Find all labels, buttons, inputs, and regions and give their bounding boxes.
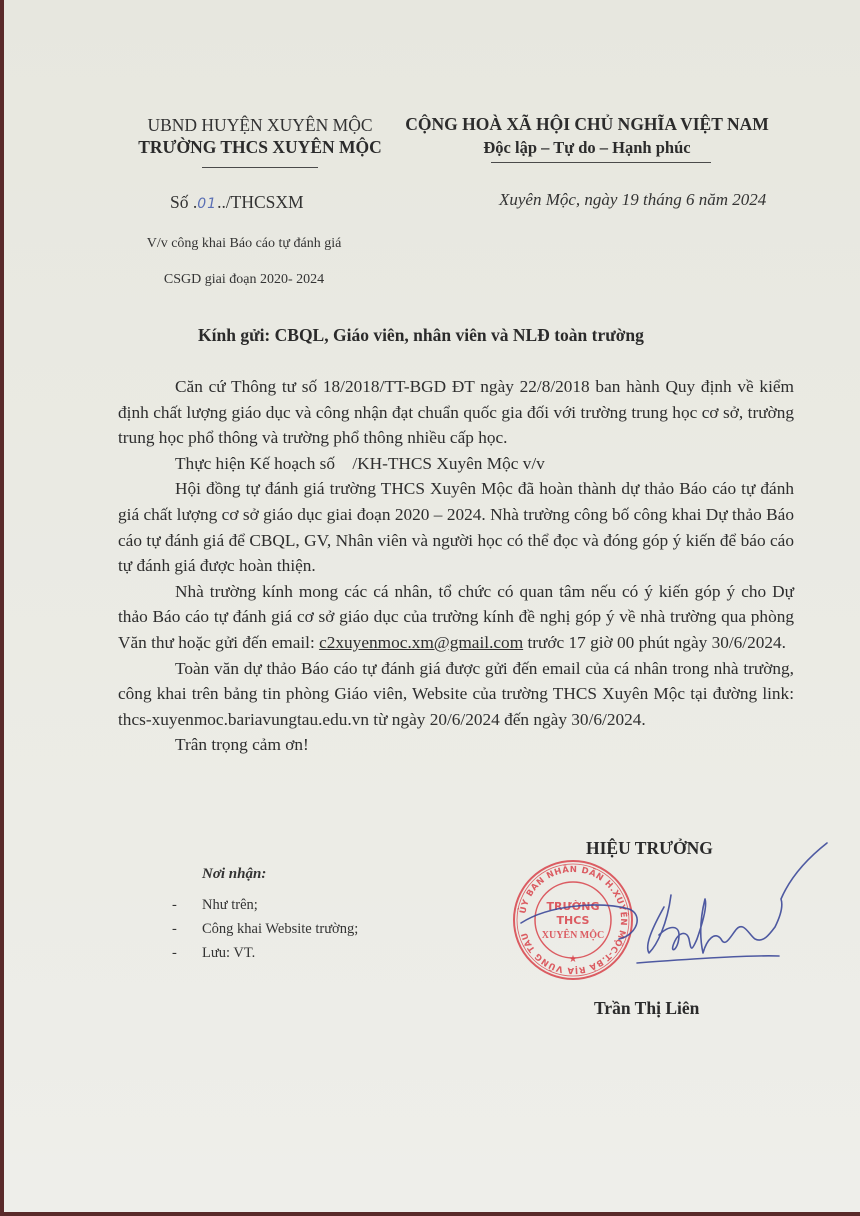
motto-underline [491, 162, 711, 163]
recipient-label: Lưu: VT. [202, 945, 255, 961]
recipient-item: -Như trên; [172, 893, 358, 917]
agency-school: TRƯỜNG THCS XUYÊN MỘC [120, 136, 400, 158]
national-heading: CỘNG HOÀ XÃ HỘI CHỦ NGHĨA VIỆT NAM Độc l… [388, 112, 786, 160]
agency-underline [202, 167, 318, 168]
national-title: CỘNG HOÀ XÃ HỘI CHỦ NGHĨA VIỆT NAM [388, 112, 786, 136]
recipient-label: Công khai Website trường; [202, 921, 358, 937]
paragraph-closing: Trân trọng cảm ơn! [118, 732, 794, 758]
doc-number-prefix: Số . [170, 192, 197, 212]
email-link[interactable]: c2xuyenmoc.xm@gmail.com [319, 633, 523, 652]
paragraph-completion: Hội đồng tự đánh giá trường THCS Xuyên M… [118, 476, 794, 578]
handwritten-signature-icon [519, 835, 829, 970]
salutation: Kính gửi: CBQL, Giáo viên, nhân viên và … [198, 325, 644, 346]
agency-parent: UBND HUYỆN XUYÊN MỘC [120, 114, 400, 136]
paragraph-publication: Toàn văn dự thảo Báo cáo tự đánh giá đượ… [118, 656, 794, 733]
subject-line-2: CSGD giai đoạn 2020- 2024 [144, 262, 344, 298]
recipients-block: Nơi nhận: -Như trên; -Công khai Website … [172, 866, 358, 965]
signer-name: Trần Thị Liên [594, 998, 699, 1019]
recipient-item: -Lưu: VT. [172, 941, 358, 965]
recipient-item: -Công khai Website trường; [172, 917, 358, 941]
recipient-label: Như trên; [202, 897, 258, 913]
national-motto: Độc lập – Tự do – Hạnh phúc [388, 136, 786, 160]
paragraph-legal-basis: Căn cứ Thông tư số 18/2018/TT-BGD ĐT ngà… [118, 374, 794, 451]
recipients-title: Nơi nhận: [202, 866, 358, 883]
subject-line-1: V/v công khai Báo cáo tự đánh giá [144, 226, 344, 262]
document-number: Số .01../THCSXM [170, 192, 304, 213]
paragraph-plan: Thực hiện Kế hoạch số /KH-THCS Xuyên Mộc… [118, 451, 794, 477]
document-subject: V/v công khai Báo cáo tự đánh giá CSGD g… [144, 226, 344, 298]
feedback-deadline: trước 17 giờ 00 phút ngày 30/6/2024. [523, 633, 786, 652]
letter-body: Căn cứ Thông tư số 18/2018/TT-BGD ĐT ngà… [118, 374, 794, 758]
document-page: UBND HUYỆN XUYÊN MỘC TRƯỜNG THCS XUYÊN M… [4, 0, 860, 1212]
doc-number-handwritten: 01 [197, 196, 217, 212]
issuing-agency: UBND HUYỆN XUYÊN MỘC TRƯỜNG THCS XUYÊN M… [120, 114, 400, 158]
place-date: Xuyên Mộc, ngày 19 tháng 6 năm 2024 [499, 190, 766, 210]
doc-number-suffix: ../THCSXM [217, 192, 304, 212]
paragraph-feedback: Nhà trường kính mong các cá nhân, tổ chứ… [118, 579, 794, 656]
